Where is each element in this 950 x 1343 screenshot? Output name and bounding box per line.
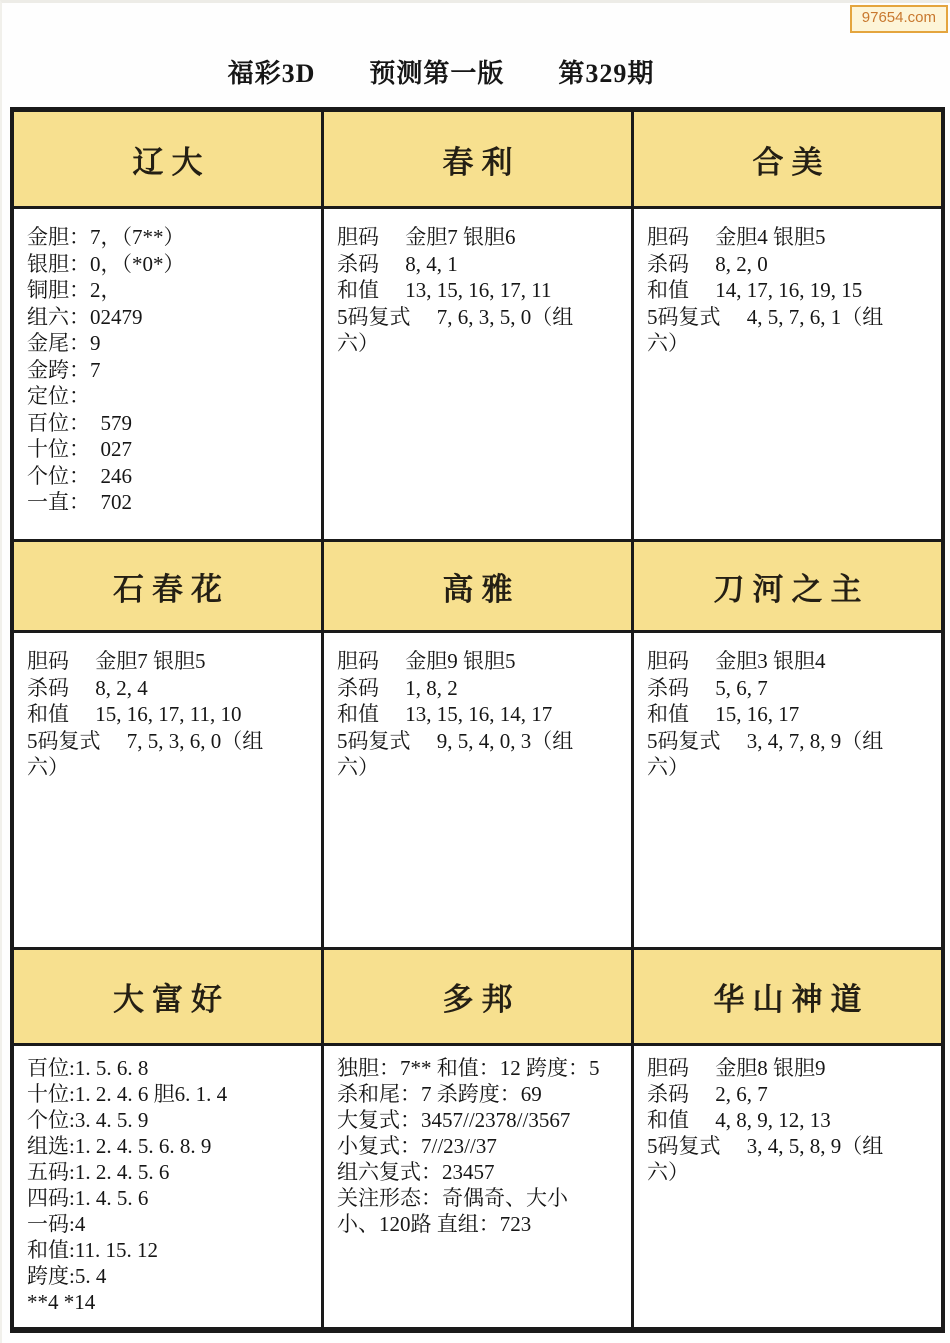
prediction-line: 组选:1. 2. 4. 5. 6. 8. 9 — [27, 1133, 315, 1159]
prediction-line: 杀和尾：7 杀跨度：69 — [337, 1081, 625, 1107]
prediction-line: 关注形态：奇偶奇、大小 — [337, 1185, 625, 1211]
expert-name: 石春花 — [105, 564, 230, 609]
prediction-line: 个位： 246 — [27, 463, 315, 490]
title-issue: 第329期 — [558, 53, 654, 90]
panel-chunli-header: 春利 — [324, 112, 631, 206]
prediction-line: 胆码 金胆7 银胆6 — [337, 224, 625, 251]
prediction-line: 和值 15, 16, 17, 11, 10 — [27, 701, 315, 728]
prediction-line: 银胆：0，（*0*） — [27, 251, 315, 278]
panel-dafuhao-header: 大富好 — [14, 950, 321, 1043]
prediction-line: 六） — [647, 330, 935, 357]
prediction-line: 胆码 金胆9 银胆5 — [337, 648, 625, 675]
panel-chunli-body: 胆码 金胆7 银胆6 杀码 8, 4, 1 和值 13, 15, 16, 17,… — [324, 209, 631, 539]
expert-name: 合美 — [745, 137, 831, 182]
prediction-line: 跨度:5. 4 — [27, 1263, 315, 1289]
title-edition: 预测第一版 — [369, 53, 504, 90]
panel-dafuhao-body: 百位:1. 5. 6. 8 十位:1. 2. 4. 6 胆6. 1. 4 个位:… — [14, 1046, 321, 1327]
panel-shichunhua-header: 石春花 — [14, 542, 321, 630]
prediction-line: 一直： 702 — [27, 489, 315, 516]
prediction-line: 铜胆：2， — [27, 277, 315, 304]
prediction-line: 和值 13, 15, 16, 14, 17 — [337, 701, 625, 728]
prediction-line: 个位:3. 4. 5. 9 — [27, 1107, 315, 1133]
title-brand: 福彩3D — [228, 53, 316, 90]
panel-liaoda-header: 辽大 — [14, 112, 321, 206]
prediction-line: 和值 13, 15, 16, 17, 11 — [337, 277, 625, 304]
prediction-line: 5码复式 7, 6, 3, 5, 0（组 — [337, 304, 625, 331]
prediction-line: 五码:1. 2. 4. 5. 6 — [27, 1159, 315, 1185]
prediction-line: 和值 15, 16, 17 — [647, 701, 935, 728]
prediction-line: 杀码 2, 6, 7 — [647, 1081, 935, 1107]
panel-duobang-header: 多邦 — [324, 950, 631, 1043]
prediction-line: 小复式：7//23//37 — [337, 1133, 625, 1159]
prediction-line: 六） — [647, 1159, 935, 1185]
expert-name: 华山神道 — [706, 974, 870, 1019]
prediction-line: 独胆：7** 和值：12 跨度：5 — [337, 1055, 625, 1081]
prediction-line: 组六复式：23457 — [337, 1159, 625, 1185]
panel-gaoya-body: 胆码 金胆9 银胆5 杀码 1, 8, 2 和值 13, 15, 16, 14,… — [324, 633, 631, 947]
site-watermark-text: 97654.com — [862, 9, 936, 26]
prediction-line: 十位:1. 2. 4. 6 胆6. 1. 4 — [27, 1081, 315, 1107]
expert-name: 多邦 — [435, 974, 521, 1019]
prediction-line: 定位： — [27, 383, 315, 410]
expert-name: 大富好 — [105, 974, 230, 1019]
panel-huashanshendao-body: 胆码 金胆8 银胆9 杀码 2, 6, 7 和值 4, 8, 9, 12, 13… — [634, 1046, 941, 1327]
prediction-line: 胆码 金胆8 银胆9 — [647, 1055, 935, 1081]
prediction-line: 六） — [647, 754, 935, 781]
prediction-line: 5码复式 4, 5, 7, 6, 1（组 — [647, 304, 935, 331]
prediction-line: 和值 4, 8, 9, 12, 13 — [647, 1107, 935, 1133]
site-watermark: 97654.com — [850, 5, 948, 33]
panel-hemei-header: 合美 — [634, 112, 941, 206]
panel-daohezhizhu-header: 刀河之主 — [634, 542, 941, 630]
prediction-line: **4 *14 — [27, 1289, 315, 1315]
panel-liaoda-body: 金胆：7，（7**） 银胆：0，（*0*） 铜胆：2， 组六：02479 金尾：… — [14, 209, 321, 539]
expert-name: 刀河之主 — [706, 564, 870, 609]
prediction-line: 胆码 金胆3 银胆4 — [647, 648, 935, 675]
prediction-line: 百位： 579 — [27, 410, 315, 437]
prediction-line: 六） — [337, 754, 625, 781]
prediction-line: 十位： 027 — [27, 436, 315, 463]
prediction-line: 5码复式 7, 5, 3, 6, 0（组 — [27, 728, 315, 755]
prediction-line: 小、120路 直组：723 — [337, 1211, 625, 1237]
prediction-line: 杀码 5, 6, 7 — [647, 675, 935, 702]
prediction-line: 5码复式 9, 5, 4, 0, 3（组 — [337, 728, 625, 755]
prediction-line: 四码:1. 4. 5. 6 — [27, 1185, 315, 1211]
panel-gaoya-header: 高雅 — [324, 542, 631, 630]
panel-hemei-body: 胆码 金胆4 银胆5 杀码 8, 2, 0 和值 14, 17, 16, 19,… — [634, 209, 941, 539]
prediction-line: 胆码 金胆7 银胆5 — [27, 648, 315, 675]
prediction-line: 和值 14, 17, 16, 19, 15 — [647, 277, 935, 304]
page-title: 福彩3D 预测第一版 第329期 — [0, 45, 916, 97]
prediction-line: 5码复式 3, 4, 5, 8, 9（组 — [647, 1133, 935, 1159]
expert-name: 辽大 — [125, 137, 211, 182]
prediction-line: 杀码 8, 2, 0 — [647, 251, 935, 278]
prediction-sheet-page: 97654.com 福彩3D 预测第一版 第329期 辽大 春利 合美 金胆：7… — [0, 0, 950, 1343]
prediction-line: 大复式：3457//2378//3567 — [337, 1107, 625, 1133]
panel-duobang-body: 独胆：7** 和值：12 跨度：5 杀和尾：7 杀跨度：69 大复式：3457/… — [324, 1046, 631, 1327]
panel-shichunhua-body: 胆码 金胆7 银胆5 杀码 8, 2, 4 和值 15, 16, 17, 11,… — [14, 633, 321, 947]
panel-daohezhizhu-body: 胆码 金胆3 银胆4 杀码 5, 6, 7 和值 15, 16, 17 5码复式… — [634, 633, 941, 947]
expert-name: 春利 — [435, 137, 521, 182]
prediction-line: 胆码 金胆4 银胆5 — [647, 224, 935, 251]
prediction-line: 六） — [337, 330, 625, 357]
prediction-line: 杀码 8, 4, 1 — [337, 251, 625, 278]
prediction-line: 组六：02479 — [27, 304, 315, 331]
panel-huashanshendao-header: 华山神道 — [634, 950, 941, 1043]
prediction-line: 杀码 8, 2, 4 — [27, 675, 315, 702]
prediction-line: 金尾：9 — [27, 330, 315, 357]
prediction-line: 金胆：7，（7**） — [27, 224, 315, 251]
prediction-line: 5码复式 3, 4, 7, 8, 9（组 — [647, 728, 935, 755]
prediction-line: 百位:1. 5. 6. 8 — [27, 1055, 315, 1081]
prediction-line: 六） — [27, 754, 315, 781]
prediction-line: 和值:11. 15. 12 — [27, 1237, 315, 1263]
prediction-line: 杀码 1, 8, 2 — [337, 675, 625, 702]
prediction-line: 一码:4 — [27, 1211, 315, 1237]
expert-name: 高雅 — [435, 564, 521, 609]
prediction-line: 金跨：7 — [27, 357, 315, 384]
prediction-board: 辽大 春利 合美 金胆：7，（7**） 银胆：0，（*0*） 铜胆：2， 组六：… — [10, 107, 945, 1333]
